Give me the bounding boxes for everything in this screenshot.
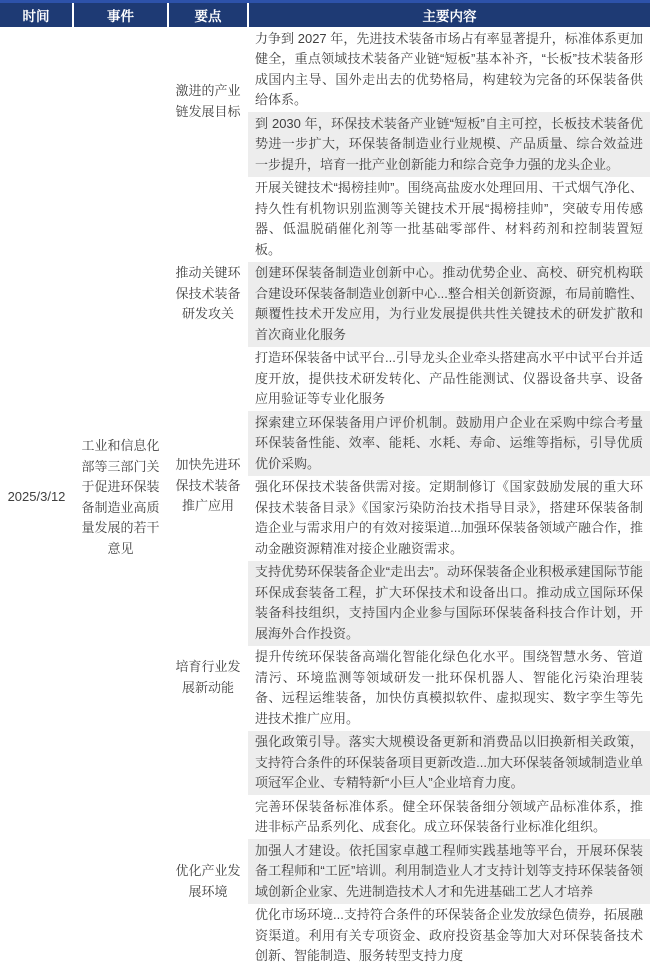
content-cell: 提升传统环保装备高端化智能化绿色化水平。围绕智慧水务、管道清污、环境监测等领域研… — [248, 646, 650, 731]
content-cell: 探索建立环保装备用户评价机制。鼓励用户企业在采购中综合考量环保装备性能、效率、能… — [248, 411, 650, 476]
col-header-time: 时间 — [0, 2, 73, 28]
event-cell: 工业和信息化部等三部门关于促进环保装备制造业高质量发展的若干意见 — [73, 27, 168, 968]
table-row: 2025/3/12 工业和信息化部等三部门关于促进环保装备制造业高质量发展的若干… — [0, 27, 650, 112]
content-cell: 打造环保装备中试平台...引导龙头企业牵头搭建高水平中试平台并适度开放，提供技术… — [248, 347, 650, 412]
col-header-point: 要点 — [168, 2, 248, 28]
content-cell: 开展关键技术“揭榜挂帅”。围绕高盐废水处理回用、干式烟气净化、持久性有机物识别监… — [248, 177, 650, 262]
content-cell: 完善环保装备标准体系。健全环保装备细分领域产品标准体系，推进非标产品系列化、成套… — [248, 795, 650, 839]
content-cell: 创建环保装备制造业创新中心。推动优势企业、高校、研究机构联合建设环保装备制造业创… — [248, 262, 650, 347]
col-header-event: 事件 — [73, 2, 168, 28]
content-cell: 强化政策引导。落实大规模设备更新和消费品以旧换新相关政策，支持符合条件的环保装备… — [248, 731, 650, 796]
content-cell: 支持优势环保装备企业“走出去”。动环保装备企业积极承建国际节能环保成套装备工程，… — [248, 561, 650, 646]
policy-table: 时间 事件 要点 主要内容 2025/3/12 工业和信息化部等三部门关于促进环… — [0, 0, 650, 968]
col-header-content: 主要内容 — [248, 2, 650, 28]
point-cell: 优化产业发展环境 — [168, 795, 248, 968]
content-cell: 优化市场环境...支持符合条件的环保装备企业发放绿色债券，拓展融资渠道。利用有关… — [248, 904, 650, 968]
content-cell: 到 2030 年，环保技术装备产业链“短板”自主可控，长板技术装备优势进一步扩大… — [248, 112, 650, 177]
content-cell: 强化环保技术装备供需对接。定期制修订《国家鼓励发展的重大环保技术装备目录》《国家… — [248, 476, 650, 561]
content-cell: 力争到 2027 年，先进技术装备市场占有率显著提升，标准体系更加健全，重点领域… — [248, 27, 650, 112]
content-cell: 加强人才建设。依托国家卓越工程师实践基地等平台，开展环保装备工程师和“工匠”培训… — [248, 839, 650, 904]
point-cell: 培育行业发展新动能 — [168, 561, 248, 796]
point-cell: 激进的产业链发展目标 — [168, 27, 248, 177]
point-cell: 加快先进环保技术装备推广应用 — [168, 411, 248, 561]
point-cell: 推动关键环保技术装备研发攻关 — [168, 177, 248, 412]
time-cell: 2025/3/12 — [0, 27, 73, 968]
table-header: 时间 事件 要点 主要内容 — [0, 2, 650, 28]
